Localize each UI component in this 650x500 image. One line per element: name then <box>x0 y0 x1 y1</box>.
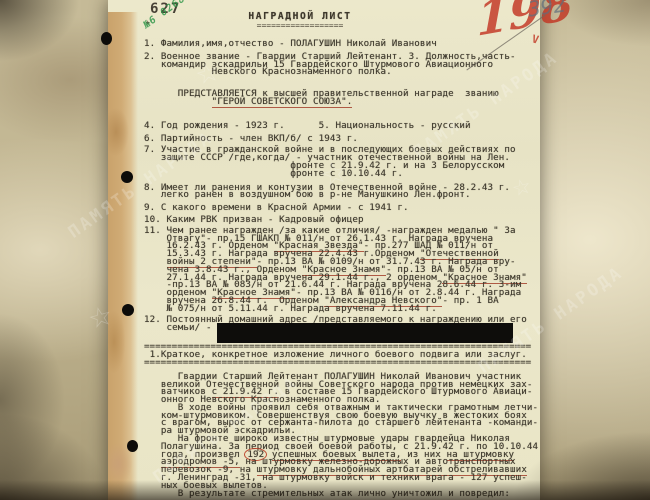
document-page: 627 ★ №6 026841 198 392 V НАГРАДНОЙ ЛИСТ… <box>108 0 540 500</box>
redaction-bar <box>217 323 513 343</box>
line-text: 9. С какого времени в Красной Армии - с … <box>144 202 409 213</box>
line-text: ========================================… <box>144 357 531 368</box>
line-text: В результате стремительных атак лично ун… <box>144 488 510 499</box>
punch-hole <box>127 440 138 452</box>
torn-edge <box>108 12 138 500</box>
document-line: ========================================… <box>144 359 536 367</box>
document-line: В результате стремительных атак лично ун… <box>144 490 536 498</box>
line-text: 6. Партийность - член ВКП/б/ с 1943 г. <box>144 133 358 144</box>
scanned-document-view: 627 ★ №6 026841 198 392 V НАГРАДНОЙ ЛИСТ… <box>0 0 650 500</box>
line-text: фронте с 10.10.44 г. <box>144 168 403 179</box>
pen-annotation-u: "ГЕРОЙ СОВЕТСКОГО СОЮЗА". <box>212 96 353 108</box>
line-text: 1. Фамилия,имя,отчество - ПОЛАГУШИН Нико… <box>144 38 437 49</box>
document-title-underline: ================== <box>108 21 492 30</box>
line-text: - пр. 1 ВА <box>442 295 498 306</box>
document-line: 4. Год рождения - 1923 г. 5. Национально… <box>144 122 536 130</box>
line-text: 4. Год рождения - 1923 г. 5. Национально… <box>144 120 471 131</box>
punch-hole <box>101 32 112 45</box>
document-lines: 1. Фамилия,имя,отчество - ПОЛАГУШИН Нико… <box>144 40 536 497</box>
punch-hole <box>122 304 134 316</box>
line-text <box>144 96 212 107</box>
document-line: 1. Фамилия,имя,отчество - ПОЛАГУШИН Нико… <box>144 40 536 48</box>
line-text: Невского Краснознаменного полка. <box>144 66 392 77</box>
line-text: № 075/н от 5.11.44 г. Награда вручена 7.… <box>144 303 437 314</box>
document-line: 6. Партийность - член ВКП/б/ с 1943 г. <box>144 135 536 143</box>
line-text: легко ранен в воздушном бою в р-не Мануш… <box>144 189 471 200</box>
line-text: семьи/ - <box>144 322 217 333</box>
document-line: 10. Каким РВК призван - Кадровый офицер <box>144 216 536 224</box>
line-text: 10. Каким РВК призван - Кадровый офицер <box>144 214 364 225</box>
punch-hole <box>121 171 133 183</box>
document-line: 9. С какого времени в Красной Армии - с … <box>144 204 536 212</box>
document-line: семьи/ - <box>144 323 536 343</box>
